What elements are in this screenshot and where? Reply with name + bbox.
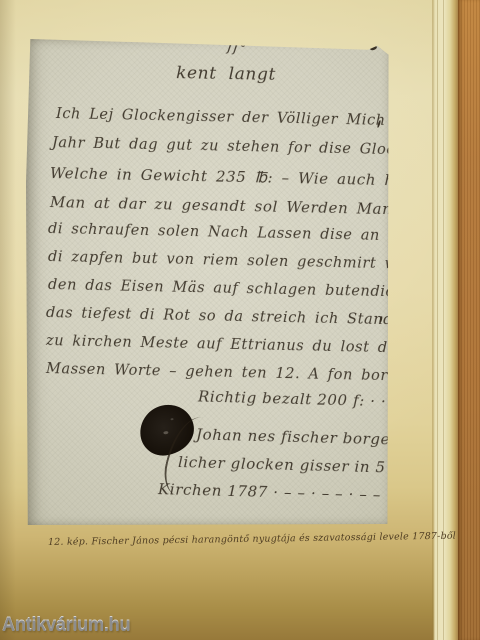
wood-table-background (458, 0, 480, 640)
book-page: ſſ° kent langt Ich Lej Glockengisser der… (0, 0, 480, 640)
manuscript-signature: Johan nes fischer borgerlicher glocken g… (26, 36, 390, 526)
antikvarium-watermark: Antikvárium.hu (2, 614, 130, 637)
signature-line: Johan nes fischer borger (196, 425, 398, 448)
page-edge-line (443, 0, 444, 640)
manuscript-photo: ſſ° kent langt Ich Lej Glockengisser der… (26, 36, 390, 526)
page-edge-line (437, 0, 438, 640)
signature-line: Kirchen 1787 · – – · – – · – – (158, 480, 381, 504)
signature-line: licher glocken gisser in 5 · · (178, 453, 408, 477)
page-edge (432, 0, 458, 640)
